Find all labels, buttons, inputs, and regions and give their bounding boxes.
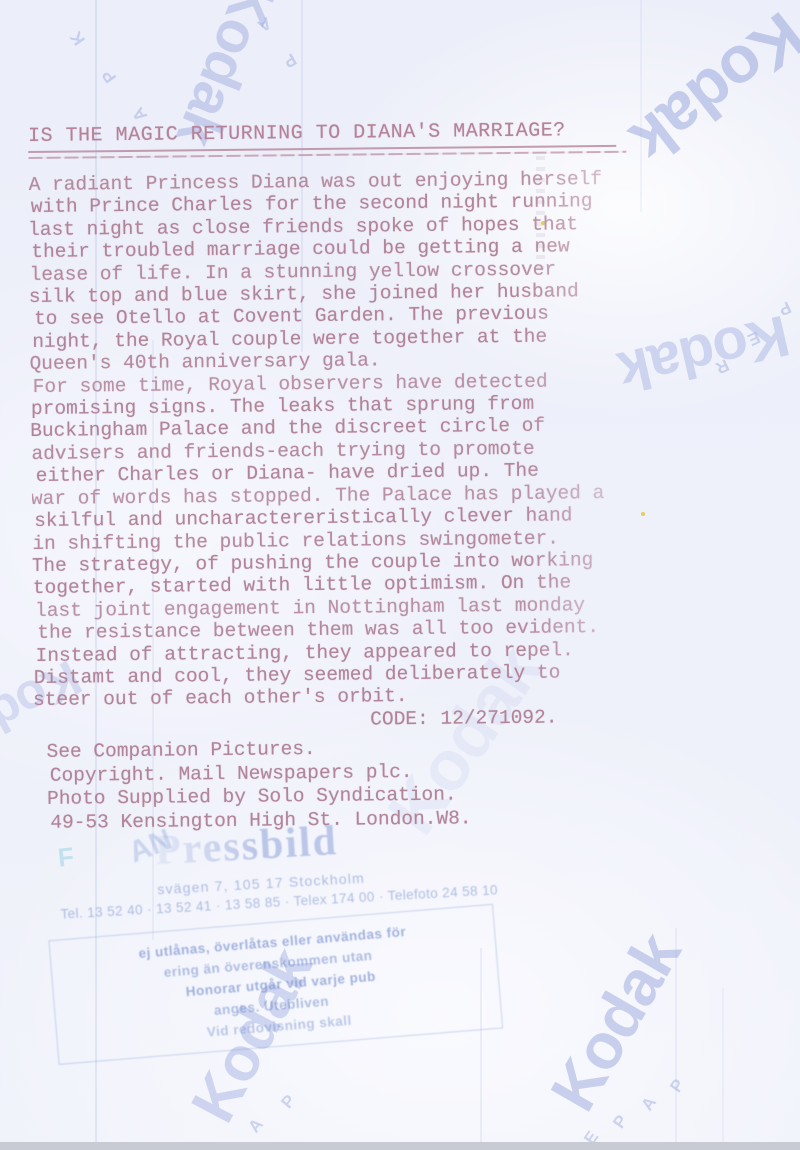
paper-letter: A bbox=[245, 1115, 268, 1137]
photo-code: CODE: 12/271092. bbox=[370, 704, 776, 731]
paper-letter: K bbox=[66, 27, 89, 49]
paper-letter: P bbox=[666, 1076, 689, 1097]
stamp-terms-box: ej utlånas, överlåtas eller användas för… bbox=[48, 904, 503, 1065]
caption-body: A radiant Princess Diana was out enjoyin… bbox=[29, 166, 777, 711]
kodak-watermark: Kodak bbox=[536, 921, 695, 1123]
paper-letter: P bbox=[98, 66, 121, 87]
crease-line bbox=[675, 928, 677, 1150]
agency-stamp: AN Pressbild svägen 7, 105 17 Stockholm … bbox=[36, 808, 520, 1060]
paper-letter: P bbox=[277, 1091, 300, 1113]
scan-edge bbox=[0, 1142, 800, 1150]
paper-letter: A bbox=[637, 1093, 660, 1115]
paper-letter: P bbox=[775, 297, 794, 320]
paper-letter: P bbox=[609, 1112, 632, 1133]
agency-name: Pressbild bbox=[154, 817, 339, 875]
paper-letter: P bbox=[280, 49, 300, 72]
caption-title: IS THE MAGIC RETURNING TO DIANA'S MARRIA… bbox=[28, 116, 770, 150]
typed-caption: IS THE MAGIC RETURNING TO DIANA'S MARRIA… bbox=[28, 116, 777, 835]
photo-back-page: Kodak Kodak Kodak Kodak Kodak Kodak Koda… bbox=[0, 0, 800, 1150]
crease-line bbox=[722, 988, 724, 1150]
paper-letter: A bbox=[128, 103, 151, 125]
paper-letter: A bbox=[254, 12, 275, 35]
